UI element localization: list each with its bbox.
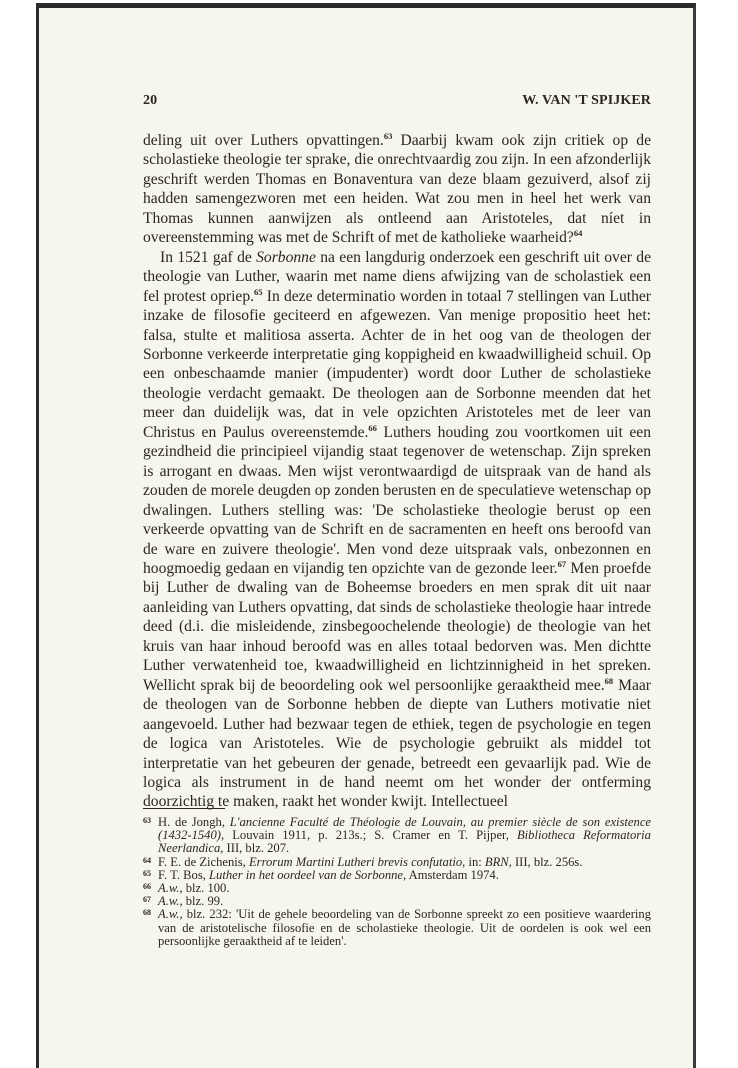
text-run: Maar de theologen van de Sorbonne hebben… <box>143 677 651 811</box>
footnote-number: 68 <box>143 908 151 917</box>
text-run: in: <box>465 855 485 869</box>
footnote-number: 66 <box>143 882 151 891</box>
paragraph: In 1521 gaf de Sorbonne na een langdurig… <box>143 248 651 812</box>
text-run: blz. 232: 'Uit de gehele beoordeling van… <box>158 907 651 947</box>
footnote-68: 68A.w., blz. 232: 'Uit de gehele beoorde… <box>143 908 651 948</box>
italic-text: Sorbonne <box>256 249 316 266</box>
text-run: In 1521 gaf de <box>160 249 256 266</box>
footnote-number: 64 <box>143 856 151 865</box>
text-run: III, blz. 207. <box>223 841 289 855</box>
italic-text: BRN, <box>485 855 512 869</box>
text-run: blz. 100. <box>183 881 230 895</box>
text-run: deling uit over Luthers opvattingen. <box>143 132 384 149</box>
footnote-separator <box>143 808 225 809</box>
footnote-reference[interactable]: 66 <box>368 423 377 433</box>
text-run: F. E. de Zichenis, <box>158 855 249 869</box>
paragraph: deling uit over Luthers opvattingen.63 D… <box>143 131 651 248</box>
italic-text: Errorum Martini Lutheri brevis confutati… <box>249 855 465 869</box>
author-header: W. VAN 'T SPIJKER <box>522 93 651 109</box>
footnote-reference[interactable]: 64 <box>574 228 583 238</box>
text-run: In deze determinatio worden in totaal 7 … <box>143 288 651 441</box>
footnotes: 63H. de Jongh, L'ancienne Faculté de Thé… <box>143 816 651 948</box>
running-head: 20 W. VAN 'T SPIJKER <box>143 93 651 109</box>
text-run: blz. 99. <box>183 894 224 908</box>
text-run: F. T. Bos, <box>158 868 209 882</box>
body-text: deling uit over Luthers opvattingen.63 D… <box>143 131 651 812</box>
italic-text: A.w., <box>158 894 183 908</box>
text-run: H. de Jongh, <box>158 815 230 829</box>
footnote-63: 63H. de Jongh, L'ancienne Faculté de Thé… <box>143 816 651 856</box>
italic-text: Luther in het oordeel van de Sorbonne, <box>209 868 406 882</box>
italic-text: A.w., <box>158 881 183 895</box>
footnote-reference[interactable]: 68 <box>605 676 614 686</box>
footnote-number: 63 <box>143 816 151 825</box>
text-run: Men proefde bij Luther de dwaling van de… <box>143 560 651 694</box>
footnote-reference[interactable]: 67 <box>558 559 567 569</box>
footnote-reference[interactable]: 65 <box>254 287 263 297</box>
text-run: Louvain 1911, p. 213s.; S. Cramer en T. … <box>224 828 517 842</box>
text-run: III, blz. 256s. <box>512 855 583 869</box>
footnote-number: 65 <box>143 869 151 878</box>
italic-text: A.w., <box>158 907 183 921</box>
text-run: Luthers houding zou voortkomen uit een g… <box>143 424 651 577</box>
book-page: 20 W. VAN 'T SPIJKER deling uit over Lut… <box>36 3 696 1068</box>
page-number: 20 <box>143 93 157 109</box>
footnote-number: 67 <box>143 895 151 904</box>
text-run: Amsterdam 1974. <box>406 868 499 882</box>
